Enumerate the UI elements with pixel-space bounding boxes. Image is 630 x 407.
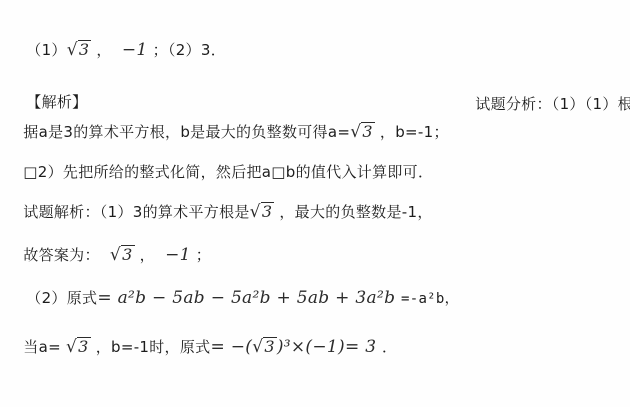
sqrt-radicand: 3 [121, 245, 134, 264]
solution-final-mid: ，b=-1时，原式 [91, 338, 211, 356]
sqrt-radicand: 3 [78, 40, 91, 59]
sqrt-radicand: 3 [261, 202, 274, 221]
sqrt-radicand: 3 [263, 337, 276, 356]
radical-icon: √ [67, 40, 78, 60]
document-page: （1）√3 ， −1 ；（2）3． 【解析】 试题分析：（1）（1）根 据a是3… [0, 0, 630, 407]
answer-prefix: （1） [26, 41, 66, 59]
negative-one-value: −1 [122, 40, 148, 60]
part2-simplify-result: =-a²b， [401, 291, 459, 307]
sqrt-expression: √3 [252, 335, 277, 359]
topic-analysis-intro: 试题分析：（1）（1）根 [455, 68, 630, 140]
solution-final-line: 当a= √3 ，b=-1时，原式= −(√3)³×(−1)= 3 ． [3, 311, 397, 383]
answer-suffix: ；（2）3． [148, 41, 226, 59]
radical-icon: √ [66, 337, 77, 357]
topic-analysis-intro-text: 试题分析：（1）（1）根 [475, 95, 630, 113]
sqrt-expression: √3 [250, 200, 275, 224]
solution-final-end: ． [382, 338, 397, 356]
solution-part2-pre: （2）原式 [26, 289, 97, 307]
part2-simplify-formula: = a²b − 5ab − 5a²b + 5ab + 3a²b [97, 288, 401, 308]
solution-part1-post: ，最大的负整数是-1， [274, 203, 432, 221]
radical-icon: √ [252, 337, 263, 357]
sqrt-expression: √3 [66, 335, 91, 359]
final-formula-close: )³×(−1)= 3 [277, 337, 382, 357]
sqrt-expression: √3 [67, 38, 92, 62]
answer-separator: ， [91, 41, 122, 59]
radical-icon: √ [250, 202, 261, 222]
sqrt-radicand: 3 [77, 337, 90, 356]
final-formula-open: = −( [210, 337, 252, 357]
solution-final-pre: 当a= [23, 338, 66, 356]
